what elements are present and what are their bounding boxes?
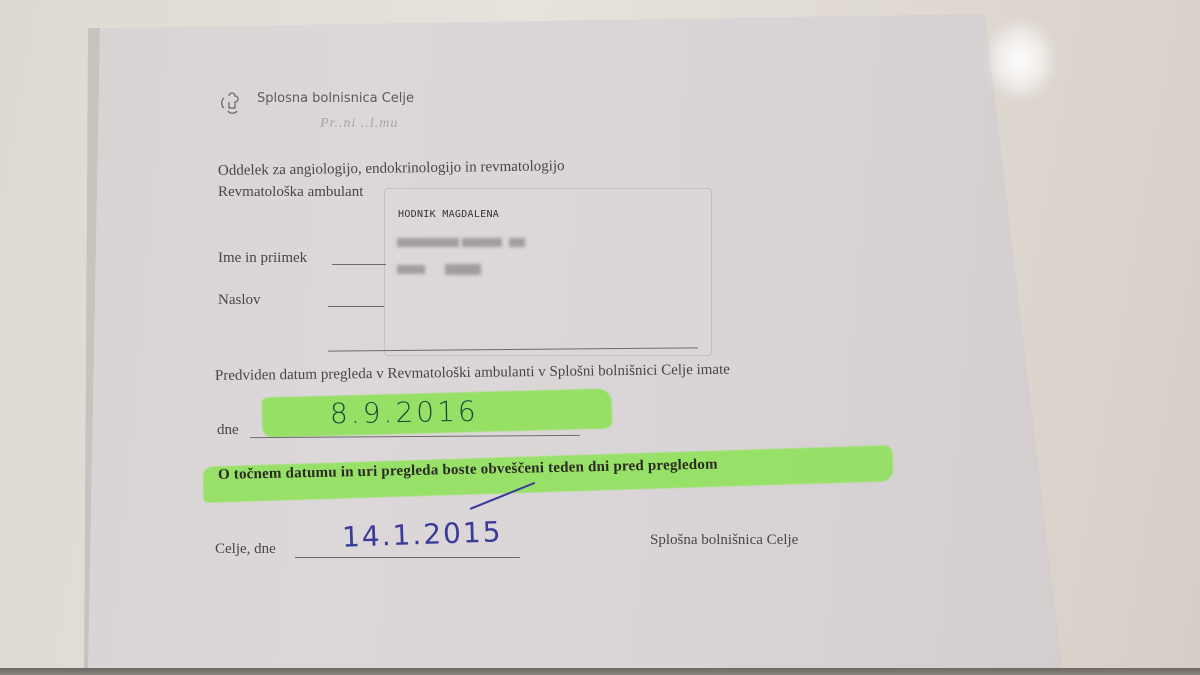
name-label: Ime in priimek [218, 250, 307, 267]
light-glare [985, 20, 1055, 100]
name-underline [332, 264, 386, 265]
patient-name: HODNIK MAGDALENA [398, 209, 499, 220]
clinic-title: Revmatološka ambulant [218, 184, 363, 201]
faded-stamp-text: Pr..ni ..l.mu [320, 116, 398, 132]
issue-date-underline [295, 557, 520, 558]
redacted-text [509, 238, 525, 247]
place-date-label: Celje, dne [215, 541, 276, 558]
address-underline [328, 306, 384, 307]
redacted-text [462, 238, 502, 247]
date-label: dne [217, 422, 239, 439]
institution-name: Splosna bolnisnica Celje [257, 91, 414, 106]
redacted-text [397, 265, 425, 274]
table-surface-edge [0, 668, 1200, 675]
signature-institution: Splošna bolnišnica Celje [650, 532, 798, 549]
redacted-text [445, 264, 481, 275]
heart-outline-icon [220, 90, 246, 116]
handwritten-appointment-date: 8.9.2016 [330, 395, 479, 431]
address-label: Naslov [218, 292, 261, 309]
handwritten-issue-date: 14.1.2015 [341, 515, 503, 554]
redacted-text [397, 238, 459, 247]
